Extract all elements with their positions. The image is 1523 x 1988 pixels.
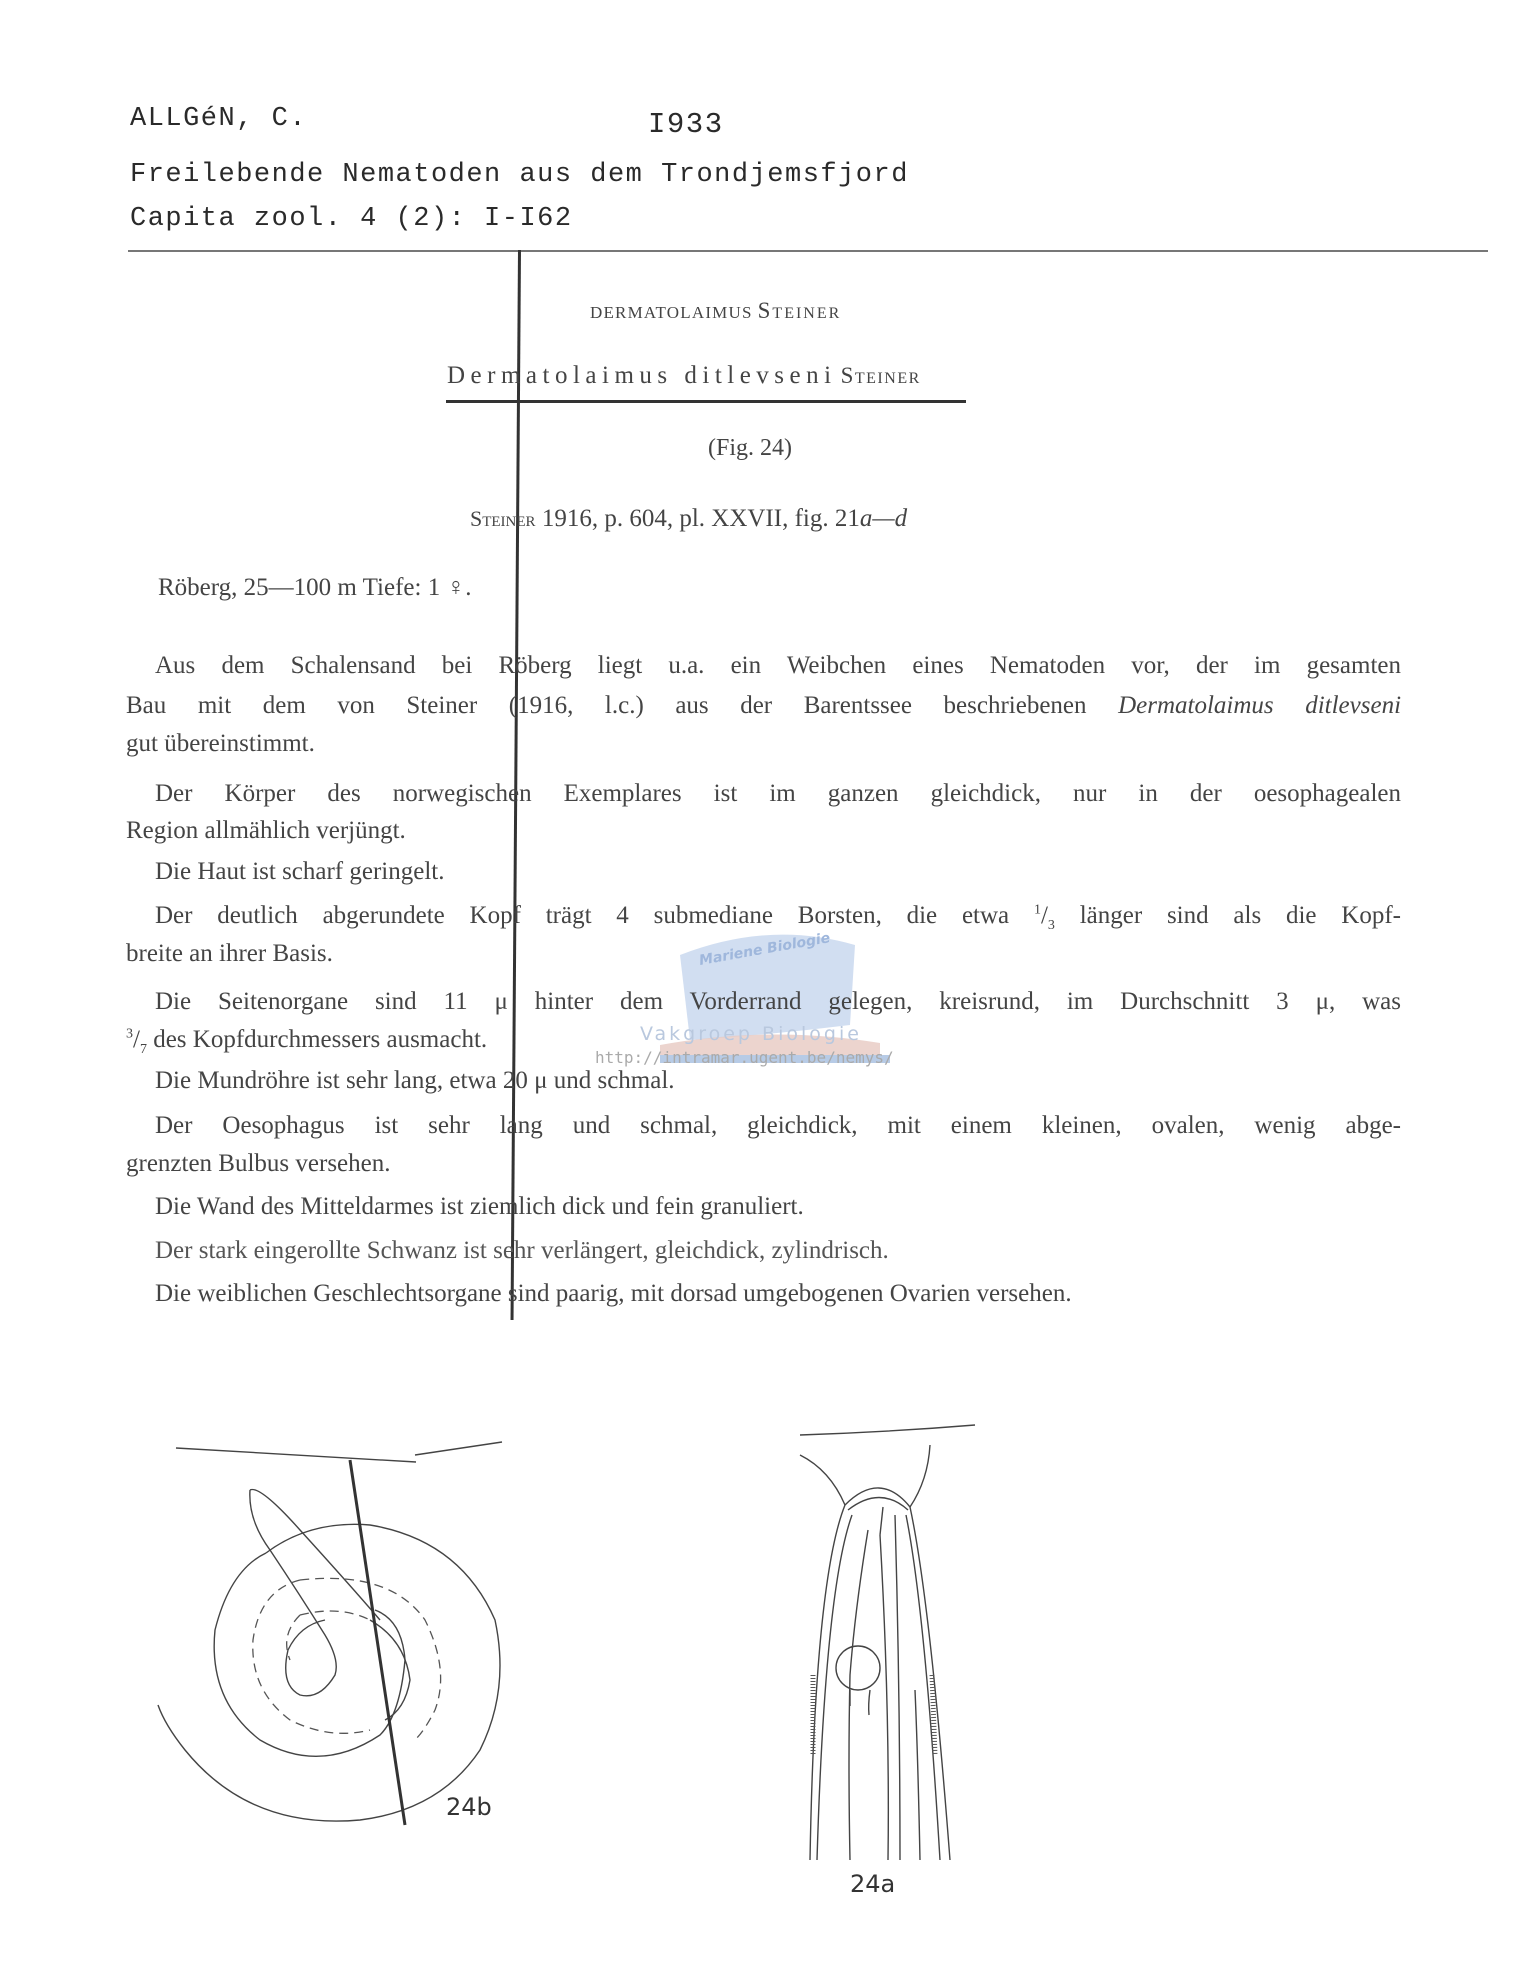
paragraph-2-line-1: Der Körper des norwegischen Exemplares i… bbox=[155, 780, 1401, 808]
species-name: Dermatolaimus ditlevseni bbox=[447, 362, 837, 389]
species-underline bbox=[446, 400, 966, 403]
species-heading: Dermatolaimus ditlevseni Steiner bbox=[447, 362, 921, 390]
publication-citation: Capita zool. 4 (2): I-I62 bbox=[130, 204, 573, 234]
figure-24b-label: 24b bbox=[446, 1793, 492, 1821]
publication-year: I933 bbox=[648, 108, 724, 141]
fraction-den: 3 bbox=[1048, 918, 1055, 933]
species-italic: Dermatolaimus ditlevseni bbox=[1118, 692, 1401, 719]
synonymy-figs: a—d bbox=[860, 505, 907, 532]
paragraph-1-line-1: Aus dem Schalensand bei Röberg liegt u.a… bbox=[155, 652, 1401, 680]
genus-name: DERMATOLAIMUS bbox=[590, 303, 753, 322]
paragraph-3-line-1: Die Haut ist scharf geringelt. bbox=[155, 858, 1401, 886]
synonymy-line: Steiner 1916, p. 604, pl. XXVII, fig. 21… bbox=[470, 505, 907, 533]
paragraph-10-line-1: Die weiblichen Geschlechtsorgane sind pa… bbox=[155, 1280, 1401, 1308]
paragraph-9-line-1: Der stark eingerollte Schwanz ist sehr v… bbox=[155, 1237, 1401, 1265]
paragraph-5-text: des Kopfdurchmessers ausmacht. bbox=[153, 1026, 487, 1053]
paragraph-1-text: Bau mit dem von Steiner (1916, l.c.) aus… bbox=[126, 692, 1087, 719]
genus-heading: DERMATOLAIMUS Steiner bbox=[590, 298, 841, 324]
author-name: ALLGéN, C. bbox=[130, 104, 307, 134]
paragraph-7-line-1: Der Oesophagus ist sehr lang und schmal,… bbox=[155, 1112, 1401, 1140]
figure-24a-label: 24a bbox=[850, 1870, 895, 1898]
paragraph-7-line-2: grenzten Bulbus versehen. bbox=[126, 1150, 1401, 1178]
fraction-one-third: 1/3 bbox=[1034, 902, 1055, 929]
paragraph-1-line-3: gut übereinstimmt. bbox=[126, 730, 1401, 758]
locality-line: Röberg, 25—100 m Tiefe: 1 ♀. bbox=[158, 574, 471, 602]
fraction-num: 3 bbox=[126, 1027, 133, 1042]
figure-24a-drawing: 24a bbox=[780, 1410, 1000, 1910]
fraction-three-sevenths: 3/7 bbox=[126, 1026, 147, 1053]
publication-title: Freilebende Nematoden aus dem Trondjemsf… bbox=[130, 160, 909, 190]
fraction-den: 7 bbox=[140, 1042, 147, 1057]
paragraph-1-line-2: Bau mit dem von Steiner (1916, l.c.) aus… bbox=[126, 692, 1401, 720]
synonymy-author: Steiner bbox=[470, 506, 536, 531]
paragraph-8-line-1: Die Wand des Mitteldarmes ist ziemlich d… bbox=[155, 1193, 1401, 1221]
paragraph-2-line-2: Region allmählich verjüngt. bbox=[126, 817, 1401, 845]
species-authority: Steiner bbox=[841, 363, 921, 388]
paragraph-6-line-1: Die Mundröhre ist sehr lang, etwa 20 μ u… bbox=[155, 1067, 1401, 1095]
figure-24b-drawing: 24b bbox=[140, 1420, 540, 1840]
paragraph-4-text-b: länger sind als die Kopf- bbox=[1080, 902, 1401, 929]
paragraph-5-line-2: 3/7 des Kopfdurchmessers ausmacht. bbox=[126, 1026, 1401, 1058]
header-rule bbox=[128, 250, 1488, 252]
genus-authority: Steiner bbox=[758, 298, 842, 323]
figure-reference: (Fig. 24) bbox=[708, 435, 792, 462]
paragraph-5-line-1: Die Seitenorgane sind 11 μ hinter dem Vo… bbox=[155, 988, 1401, 1016]
fraction-num: 1 bbox=[1034, 903, 1041, 918]
synonymy-text: 1916, p. 604, pl. XXVII, fig. 21 bbox=[542, 505, 860, 532]
